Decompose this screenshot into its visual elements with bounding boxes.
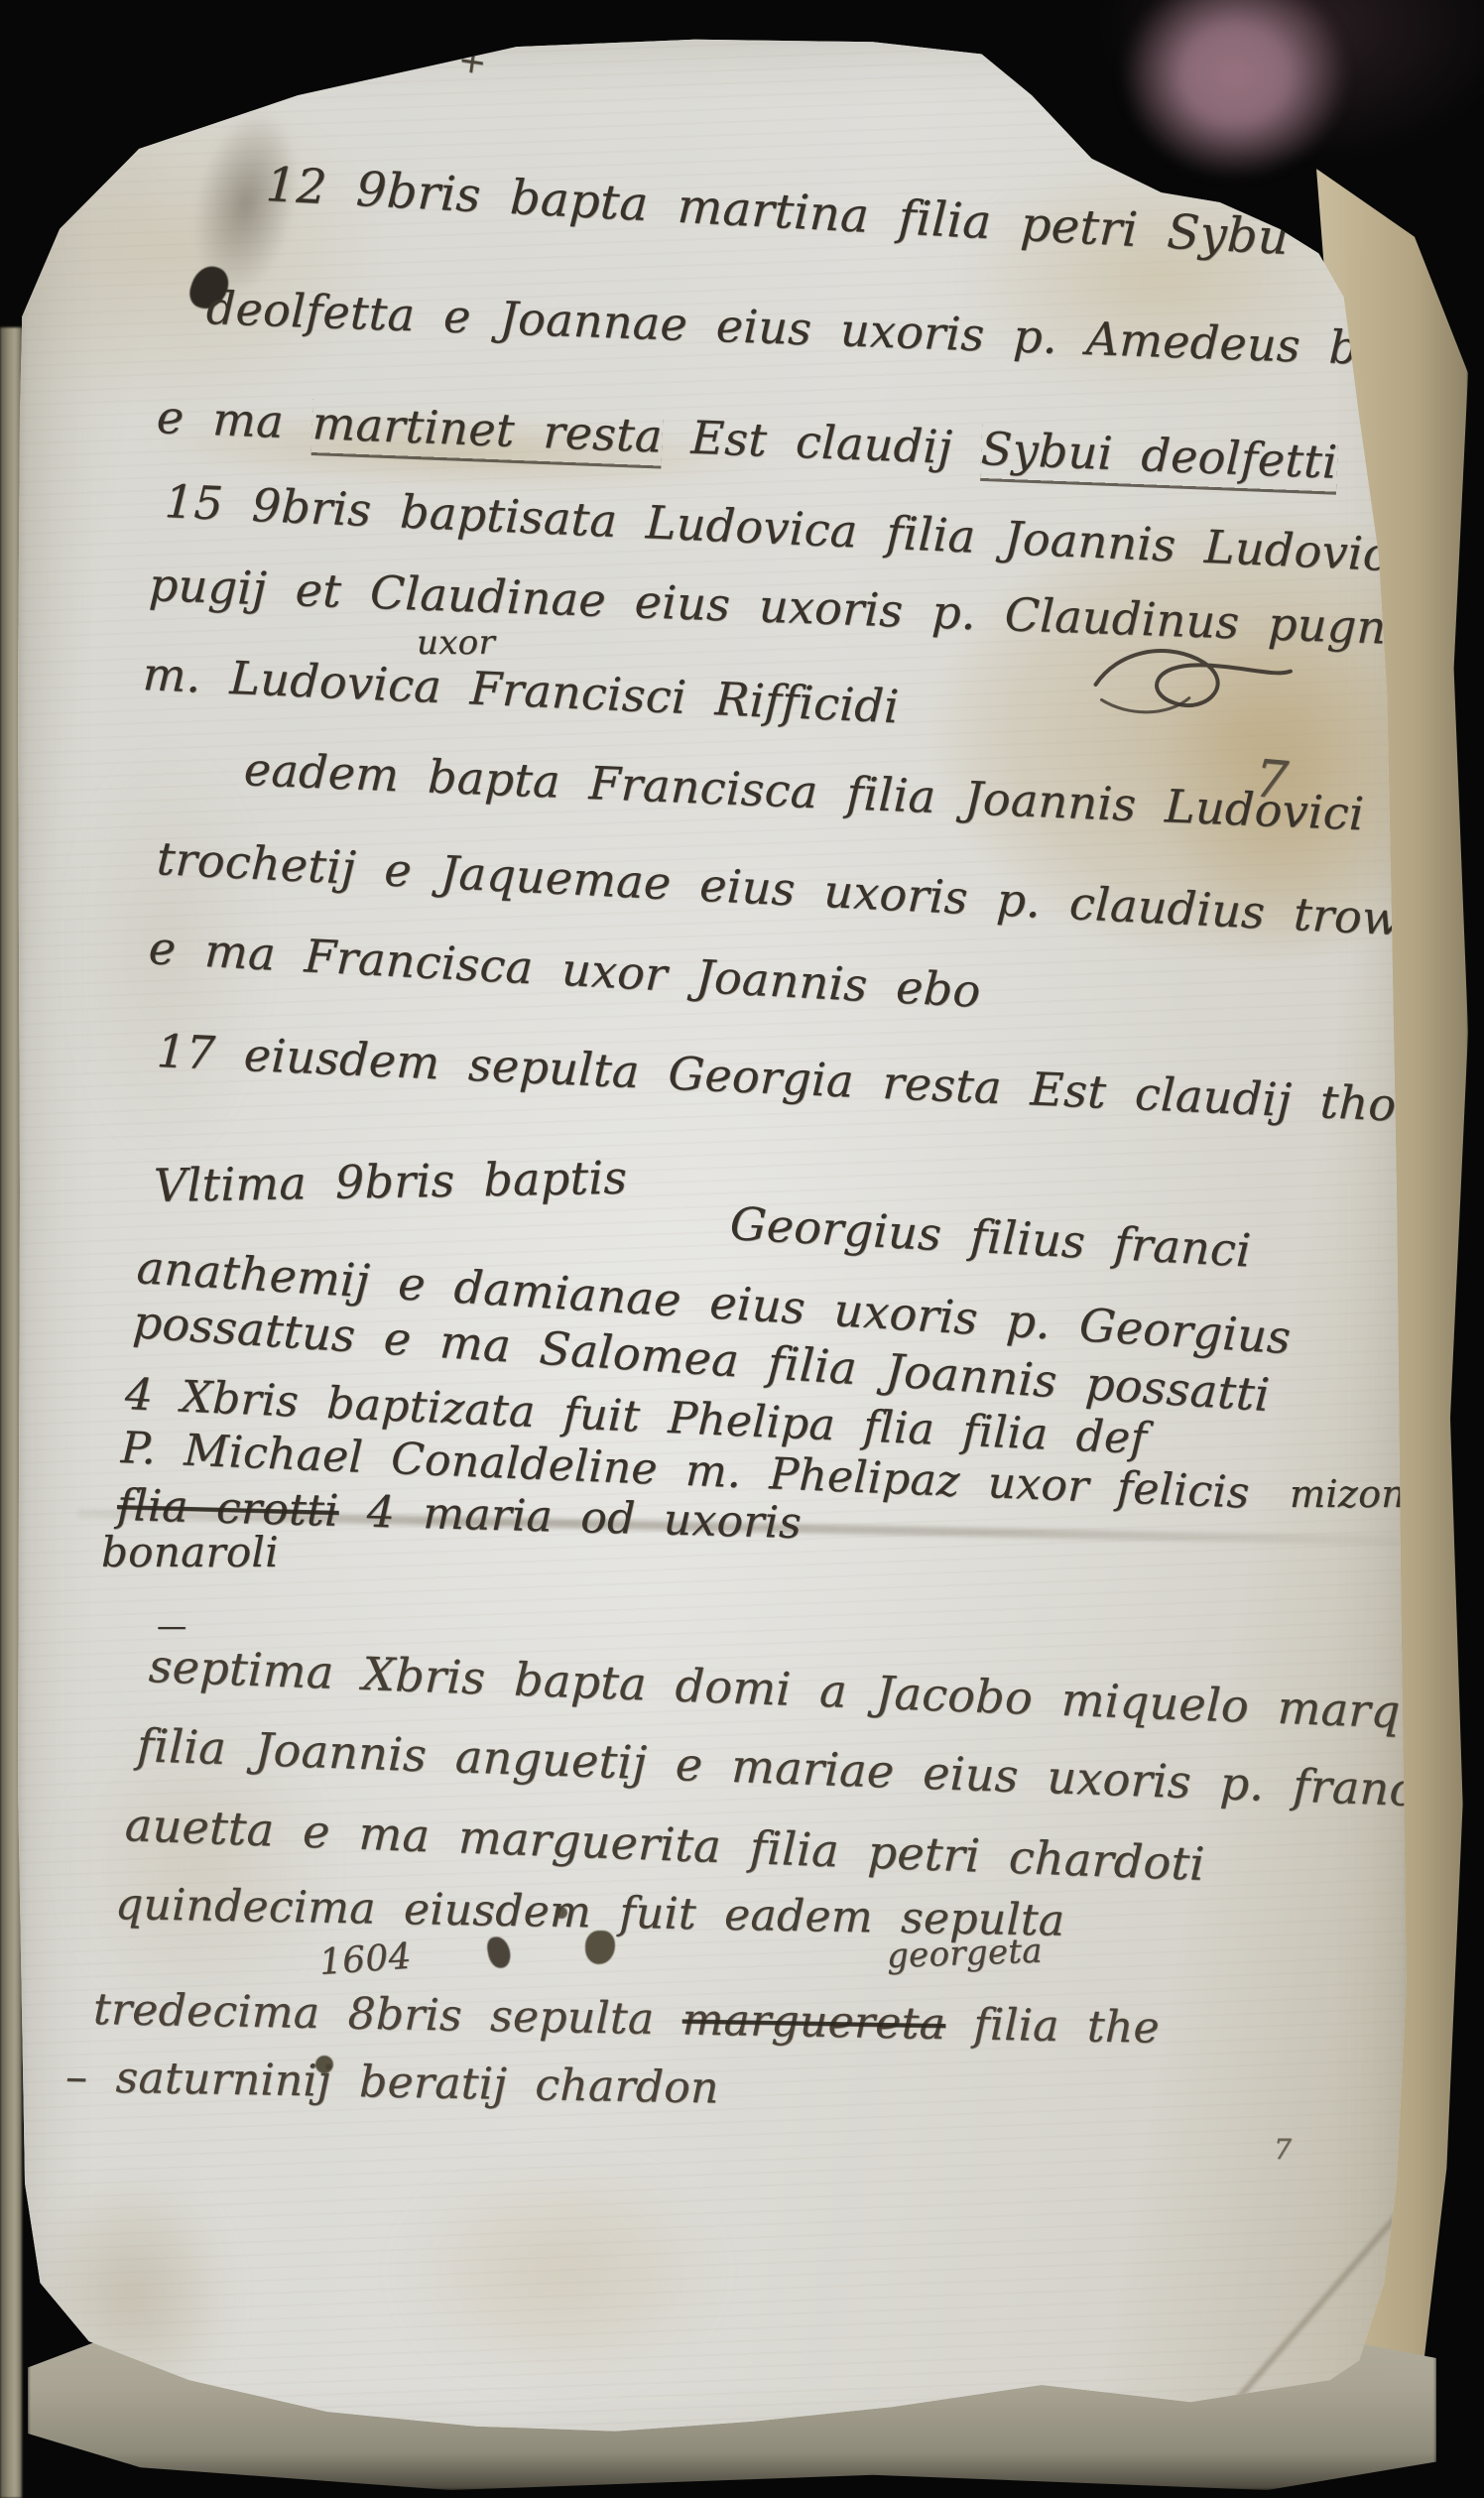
- margin-number: 7: [1274, 2133, 1292, 2166]
- manuscript-line: 17 eiusdem sepulta Georgia resta Est cla…: [156, 1024, 1484, 1136]
- ink-blot: [485, 1935, 512, 1969]
- manuscript-line: auetta e ma marguerita filia petri chard…: [124, 1798, 1205, 1891]
- manuscript-line: Georgius filius franci: [729, 1196, 1253, 1277]
- manuscript-line: e ma Francisca uxor Joannis ebo: [148, 921, 982, 1018]
- manuscript-line: Vltima 9bris baptis: [154, 1151, 628, 1212]
- manuscript-line: tredecima 8bris sepulta marguereta filia…: [93, 1984, 1161, 2054]
- interlinear-word: georgeta: [886, 1932, 1043, 1976]
- pink-object-behind-page: [1121, 0, 1349, 179]
- photo-background: +12 9bris bapta martina filia petri Sybu…: [0, 0, 1484, 2498]
- manuscript-line: mizon: [1290, 1472, 1406, 1516]
- manuscript-page: +12 9bris bapta martina filia petri Sybu…: [18, 30, 1411, 2460]
- manuscript-line: eadem bapta Francisca filia Joannis Ludo…: [243, 742, 1365, 840]
- interlinear-word: uxor: [417, 623, 495, 663]
- manuscript-line: deolfetta e Joannae eius uxoris p. Amede…: [205, 281, 1462, 378]
- stain-bottom-mottle: [395, 2153, 722, 2391]
- manuscript-line: bonaroli: [101, 1528, 279, 1576]
- manuscript-line: e ma martinet resta Est claudij Sybui de…: [156, 390, 1338, 489]
- cross-mark: +: [455, 40, 489, 83]
- manuscript-line: m. Ludovica Francisci Rifficidi: [142, 647, 901, 733]
- manuscript-line: – saturninij beratij chardon: [65, 2052, 720, 2113]
- year-mark: 1604: [318, 1936, 413, 1983]
